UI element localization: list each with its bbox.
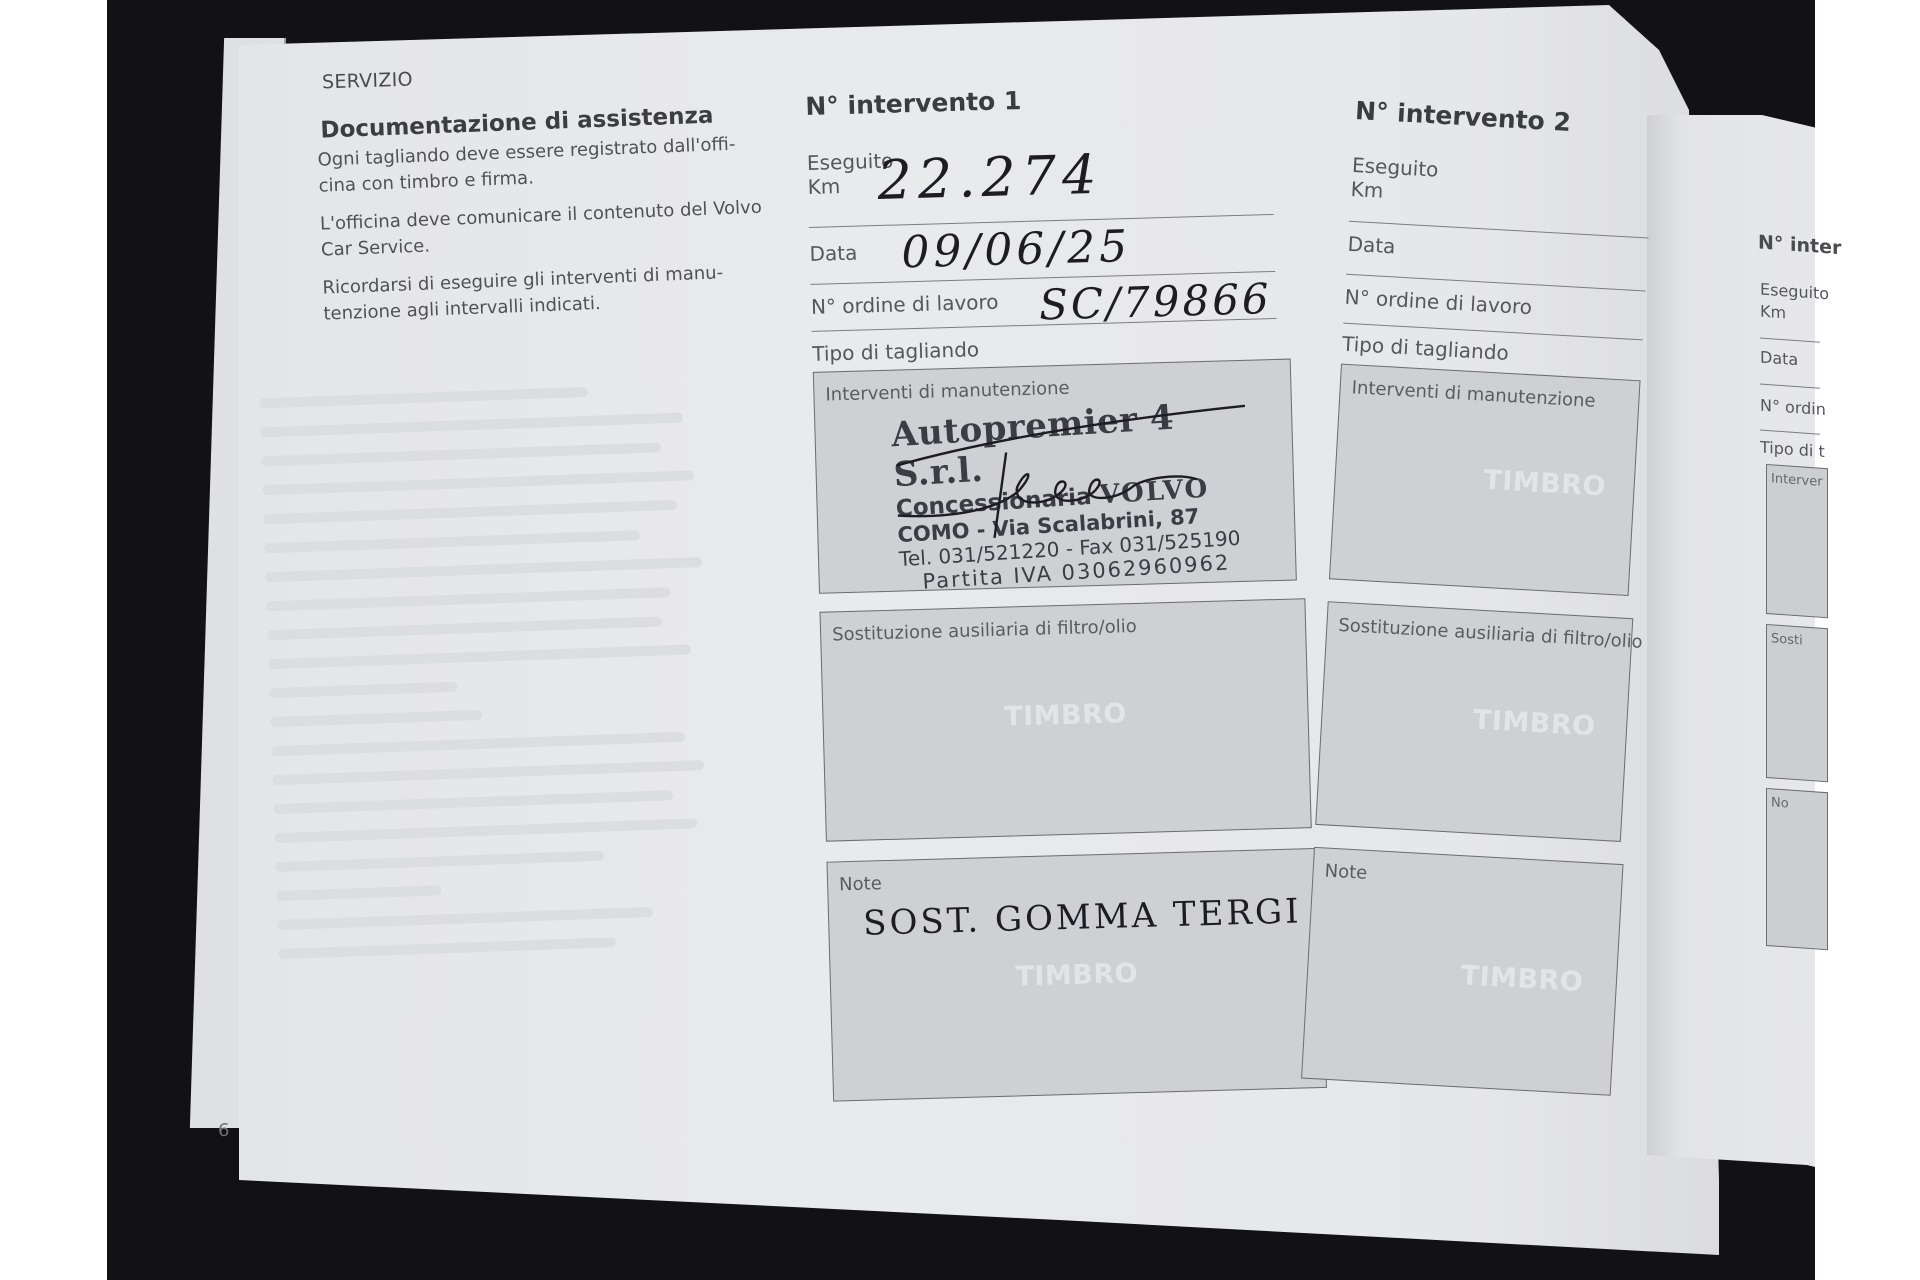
stamp-placeholder: TIMBRO: [1427, 958, 1616, 999]
intervento-title: N° inter: [1758, 231, 1841, 259]
handwritten-note: SOST. GOMMA TERGI: [863, 891, 1302, 943]
stamp-placeholder: TIMBRO: [823, 693, 1308, 738]
dealer-stamp: Autopremier 4 S.r.l. Concessionaria VOLV…: [890, 392, 1281, 596]
divider: [1760, 430, 1820, 435]
intervento-3-partial: N° inter Eseguito Km Data N° ordin Tipo …: [1648, 104, 1828, 1117]
eseguito-label: Eseguito: [1760, 280, 1829, 304]
stamp-placeholder: TIMBRO: [1455, 463, 1634, 504]
filter-oil-box[interactable]: Sosti: [1766, 624, 1828, 782]
intro-block: Documentazione di assistenza Ogni taglia…: [310, 100, 778, 339]
notes-box[interactable]: Note SOST. GOMMA TERGI TIMBRO: [826, 848, 1327, 1102]
section-header: SERVIZIO: [322, 69, 413, 94]
box-label: Interventi di manutenzione: [1351, 377, 1596, 412]
stamp-placeholder: TIMBRO: [1442, 703, 1627, 744]
intro-paragraph: L'officina deve comunicare il contenuto …: [320, 194, 776, 263]
data-label: Data: [1760, 348, 1798, 370]
notes-box[interactable]: Note TIMBRO: [1301, 847, 1623, 1096]
work-order-value: SC/79866: [1038, 274, 1272, 329]
divider: [1760, 384, 1820, 389]
box-label: Sostituzione ausiliaria di filtro/olio: [1338, 615, 1643, 653]
bleed-through-text: [259, 382, 751, 1038]
maintenance-box[interactable]: Interventi di manutenzione TIMBRO: [1329, 364, 1641, 596]
stamp-placeholder: TIMBRO: [830, 953, 1323, 998]
km-value: 22.274: [877, 143, 1104, 212]
box-label: Interventi di manutenzione: [825, 378, 1070, 406]
km-label: Km: [1760, 302, 1786, 323]
maintenance-box[interactable]: Interver: [1766, 464, 1828, 618]
filter-oil-box[interactable]: Sostituzione ausiliaria di filtro/olio T…: [1315, 601, 1633, 842]
page-number: 6: [218, 1120, 229, 1141]
intervento-2: N° intervento 2 Eseguito Km Data N° ordi…: [1301, 96, 1675, 1096]
divider: [1760, 338, 1820, 343]
intro-paragraph: Ricordarsi di eseguire gli interventi di…: [322, 258, 778, 327]
km-field[interactable]: Eseguito Km 22.274: [807, 137, 1299, 225]
date-value: 09/06/25: [901, 221, 1132, 278]
service-type-label: Tipo di t: [1760, 438, 1825, 462]
work-order-label: N° ordin: [1760, 396, 1826, 420]
intervento-1: N° intervento 1 Eseguito Km 22.274 Data …: [805, 78, 1323, 1101]
box-label: Note: [1324, 860, 1368, 883]
notes-box[interactable]: No: [1766, 788, 1828, 950]
maintenance-box[interactable]: Interventi di manutenzione Autopremier 4…: [813, 359, 1297, 594]
filter-oil-box[interactable]: Sostituzione ausiliaria di filtro/olio T…: [820, 598, 1312, 841]
box-label: Sostituzione ausiliaria di filtro/olio: [832, 616, 1137, 645]
box-label: Note: [839, 873, 882, 895]
